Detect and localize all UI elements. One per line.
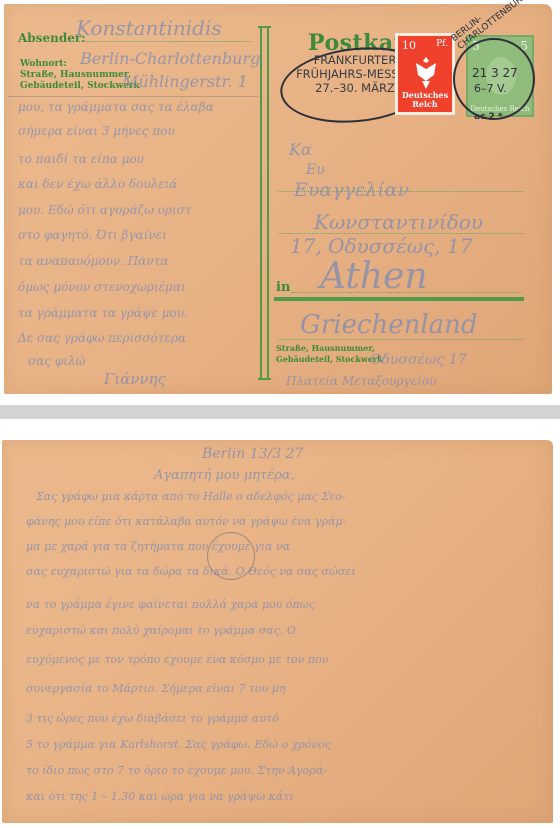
back-line: το ίδιο πως στο 7 το όριο το έχουμε μου.… bbox=[26, 764, 327, 777]
stamp-unit: Pf. bbox=[436, 39, 448, 49]
message-line: τα αναπαυόμουν. Πάντα bbox=[18, 254, 168, 268]
postmark-time: 6–7 V. bbox=[474, 82, 507, 95]
back-date-line: Berlin 13/3 27 bbox=[202, 446, 303, 462]
back-line: ευχαριστώ και πολύ χαίρομαι το γράμμα σα… bbox=[26, 624, 296, 637]
recipient-title: Ευ bbox=[306, 162, 325, 178]
message-line: μου, τα γράμματα σας τα έλαβα bbox=[18, 100, 214, 114]
message-line: τα γράμματα τα γράψε μου. bbox=[18, 306, 188, 320]
back-line: Σας γράφω μια κάρτα από το Halle ο αδελφ… bbox=[36, 490, 345, 503]
cancel-line-3: 27.–30. MÄRZ bbox=[300, 82, 410, 95]
sender-street: Mühlingerstr. 1 bbox=[122, 72, 248, 91]
message-line: και δεν έχω άλλο δουλειά bbox=[18, 177, 178, 191]
stamp-value: 10 bbox=[402, 39, 416, 52]
postmark-code: ac 2 * bbox=[474, 112, 503, 122]
in-label: in bbox=[276, 280, 290, 295]
message-line: μου. Εδώ ότι αγοράζω οριστ bbox=[18, 203, 192, 217]
back-line: 3 τις ώρες που έχω διαβάσει το γράμμα αυ… bbox=[26, 712, 279, 725]
sender-separator bbox=[8, 96, 258, 97]
residence-label: Wohnort: bbox=[20, 59, 67, 69]
country-dotline bbox=[278, 339, 523, 340]
message-line: το παιδί τα είπα μου bbox=[18, 152, 144, 166]
back-greeting: Αγαπητή μου μητέρα, bbox=[154, 468, 295, 483]
sender-city: Berlin-Charlottenburg bbox=[80, 49, 260, 68]
addr-street-label-1: Straße, Hausnummer, bbox=[276, 343, 375, 353]
recipient-name-2: Κωνσταντινίδου bbox=[314, 210, 483, 234]
postmark-date: 21 3 27 bbox=[472, 66, 518, 80]
signature: Γιάννης bbox=[104, 370, 166, 388]
back-line: ευχόμενος με τον τρόπο έχουμε ένα κόσμο … bbox=[26, 653, 328, 666]
message-line: όμως μόνον στενοχωριέμαι bbox=[18, 280, 186, 294]
cancel-line-1: FRANKFURTER bbox=[300, 54, 410, 67]
message-line: στο φαγητό. Ότι βγαίνει bbox=[18, 228, 167, 242]
recipient-name-1: Ευαγγελίαν bbox=[294, 179, 409, 201]
vertical-divider bbox=[260, 26, 269, 380]
back-postmark bbox=[207, 532, 255, 580]
recipient-salutation: Κα bbox=[289, 140, 312, 159]
recipient-extra-1: Οδυσσέως 17 bbox=[370, 352, 467, 368]
back-line: 5 το γράμμα για Karlshorst. Σας γράφω. Ε… bbox=[26, 738, 331, 751]
recipient-extra-2: Πλατεία Μεταξουργείου bbox=[286, 374, 436, 388]
street-label-1: Straße, Hausnummer, bbox=[20, 70, 131, 80]
postcard-back: Berlin 13/3 27 Αγαπητή μου μητέρα, Σας γ… bbox=[2, 440, 553, 823]
addr-street-label-2: Gebäudeteil, Stockwerk bbox=[276, 354, 383, 364]
message-line: Δε σας γράφω περισσότερα bbox=[18, 331, 186, 345]
city-underline bbox=[274, 297, 524, 301]
back-line: συνεργασία το Μάρτιο. Σήμερα είναι 7 του… bbox=[26, 682, 285, 695]
recipient-city: Athen bbox=[320, 256, 428, 297]
address-dotline-1 bbox=[278, 191, 523, 192]
message-line: σήμερα είναι 3 μήνες που bbox=[18, 124, 175, 138]
recipient-country: Griechenland bbox=[300, 310, 478, 340]
stamp-country: Deutsches Reich bbox=[398, 91, 452, 109]
back-line: σας ευχαριστώ για τα δώρα τα δικά. Ο Θεό… bbox=[26, 565, 356, 578]
back-line: να το γράμμα έγινε φαίνεται πολλά χαρά μ… bbox=[26, 598, 315, 611]
eagle-icon bbox=[410, 53, 442, 93]
back-line: και ότι της 1 – 1.30 και ώρα για να γράψ… bbox=[26, 790, 294, 803]
sender-dotline bbox=[72, 41, 252, 42]
stamp-10pf: 10 Pf. Deutsches Reich bbox=[395, 33, 455, 115]
gap-band bbox=[0, 405, 560, 419]
sender-name: Konstantinidis bbox=[76, 16, 222, 40]
recipient-street: 17, Οδυσσέως, 17 bbox=[290, 234, 472, 258]
postcard-front: Absender: Konstantinidis Wohnort: Straße… bbox=[4, 4, 552, 394]
message-line: σας φιλώ bbox=[28, 354, 85, 368]
back-line: φάνης μου είπε ότι κατάλαβα αυτόν να γρά… bbox=[26, 515, 346, 528]
